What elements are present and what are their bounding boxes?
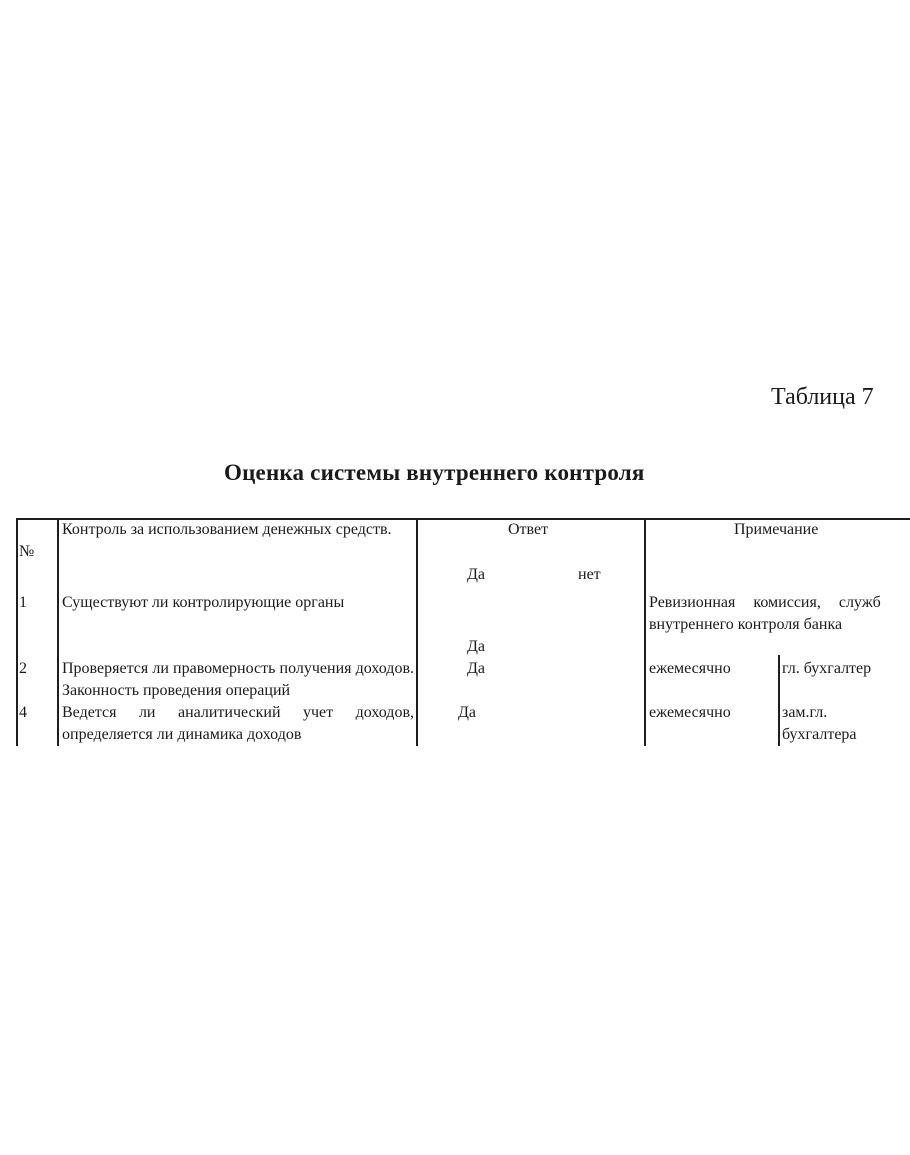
row-1-note-text-1: Ревизионная комиссия, служб <box>649 594 881 611</box>
column-divider-responsible <box>778 655 780 746</box>
row-1-number: 1 <box>19 592 27 614</box>
row-4-question: Ведется ли аналитический учет доходов, о… <box>62 702 414 746</box>
header-question: Контроль за использованием денежных сред… <box>62 519 414 541</box>
row-2-note: ежемесячно <box>649 658 731 680</box>
row-1-answer: Да <box>467 636 485 658</box>
row-2-answer: Да <box>467 658 485 680</box>
column-divider-answer <box>644 518 646 746</box>
document-title: Оценка системы внутреннего контроля <box>224 460 645 486</box>
header-answer: Ответ <box>508 519 548 541</box>
row-1-note-line-1: Ревизионная комиссия, служб <box>649 592 910 614</box>
row-2-number: 2 <box>19 658 27 680</box>
row-4-responsible-line-2: бухгалтера <box>782 724 857 746</box>
row-1-note-line-2: внутреннего контроля банка <box>649 614 842 636</box>
table-number: Таблица 7 <box>771 384 874 411</box>
table-left-border <box>16 518 18 746</box>
row-2-responsible: гл. бухгалтер <box>782 658 871 680</box>
row-4-answer: Да <box>458 702 476 724</box>
header-number: № <box>19 541 34 563</box>
column-divider-question <box>416 518 418 746</box>
row-1-question: Существуют ли контролирующие органы <box>62 592 344 614</box>
column-divider-number <box>57 518 59 746</box>
row-4-responsible-line-1: зам.гл. <box>782 702 827 724</box>
row-2-question: Проверяется ли правомерность получения д… <box>62 658 414 702</box>
row-4-note: ежемесячно <box>649 702 731 724</box>
header-answer-yes: Да <box>467 564 485 586</box>
header-note: Примечание <box>734 519 818 541</box>
header-answer-no: нет <box>578 564 601 586</box>
row-4-number: 4 <box>19 702 27 724</box>
